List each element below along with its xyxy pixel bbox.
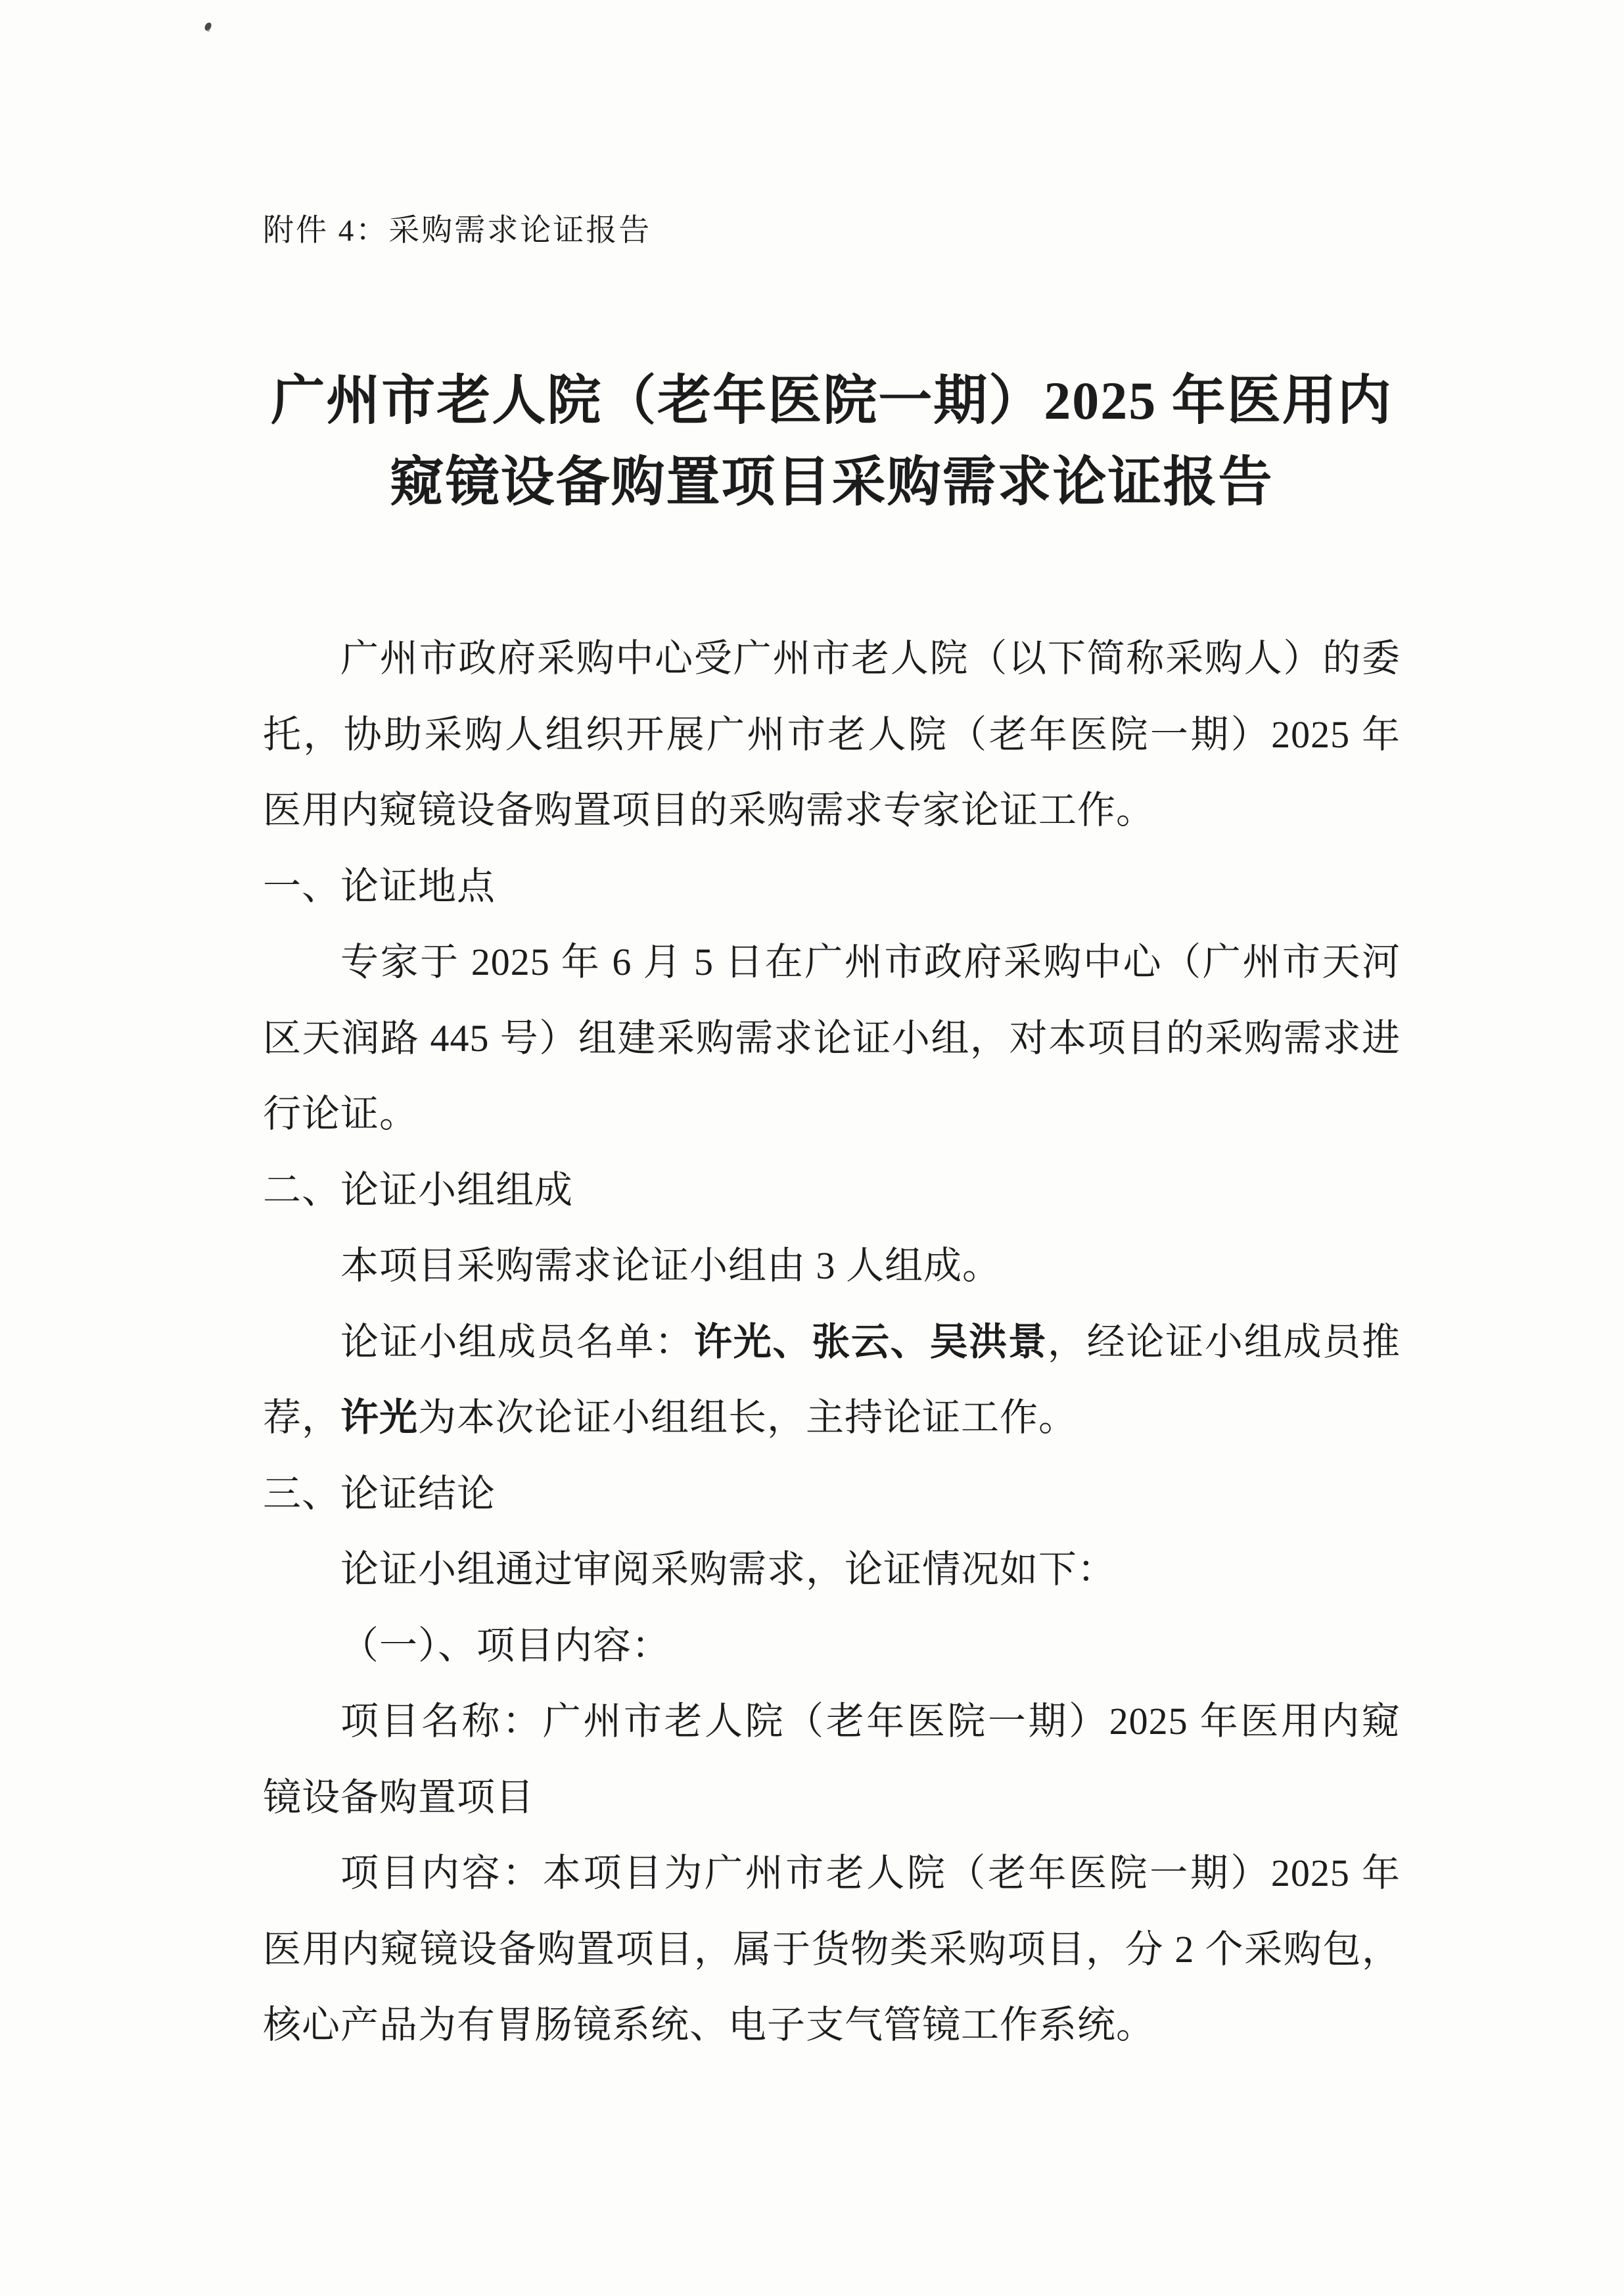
section2-heading: 二、论证小组组成	[263, 1152, 1401, 1229]
project-content-line-1: 项目内容：本项目为广州市老人院（老年医院一期）2025 年	[263, 1835, 1401, 1911]
scanned-document-page: 附件 4：采购需求论证报告 广州市老人院（老年医院一期）2025 年医用内 窥镜…	[0, 0, 1624, 2296]
section2-members-line-1: 论证小组成员名单：许光、张云、吴洪景，经论证小组成员推	[263, 1304, 1401, 1380]
section3-paragraph-1: 论证小组通过审阅采购需求，论证情况如下：	[263, 1532, 1401, 1608]
section1-line-3: 行论证。	[263, 1076, 1401, 1152]
project-content-line-2: 医用内窥镜设备购置项目，属于货物类采购项目，分 2 个采购包，	[263, 1911, 1401, 1988]
section2-members-line-2: 荐，许光为本次论证小组组长，主持论证工作。	[263, 1380, 1401, 1456]
section1-line-1: 专家于 2025 年 6 月 5 日在广州市政府采购中心（广州市天河	[263, 924, 1401, 1000]
project-name-line-1: 项目名称：广州市老人院（老年医院一期）2025 年医用内窥	[263, 1683, 1401, 1760]
group-leader-name: 许光	[340, 1396, 418, 1439]
section2-paragraph-1: 本项目采购需求论证小组由 3 人组成。	[263, 1228, 1401, 1304]
title-line-2: 窥镜设备购置项目采购需求论证报告	[263, 442, 1401, 523]
title-line-1: 广州市老人院（老年医院一期）2025 年医用内	[263, 360, 1401, 442]
intro-line-1: 广州市政府采购中心受广州市老人院（以下简称采购人）的委	[263, 621, 1401, 697]
section3-heading: 三、论证结论	[263, 1456, 1401, 1532]
section3-subheading-1: （一）、项目内容：	[263, 1608, 1401, 1684]
attachment-label: 附件 4：采购需求论证报告	[263, 208, 651, 254]
document-body: 广州市政府采购中心受广州市老人院（以下简称采购人）的委 托，协助采购人组织开展广…	[263, 621, 1401, 2063]
scan-artifact	[204, 22, 212, 32]
project-name-line-2: 镜设备购置项目	[263, 1760, 1401, 1836]
project-content-line-3: 核心产品为有胃肠镜系统、电子支气管镜工作系统。	[263, 1987, 1401, 2063]
document-title: 广州市老人院（老年医院一期）2025 年医用内 窥镜设备购置项目采购需求论证报告	[263, 360, 1401, 523]
intro-line-3: 医用内窥镜设备购置项目的采购需求专家论证工作。	[263, 772, 1401, 849]
section1-heading: 一、论证地点	[263, 849, 1401, 925]
members-line-2-head: 荐，	[263, 1396, 340, 1439]
member-names: 许光、张云、吴洪景	[694, 1321, 1048, 1363]
members-line-1-tail: ，经论证小组成员推	[1048, 1321, 1401, 1363]
members-label: 论证小组成员名单：	[340, 1321, 694, 1363]
members-line-2-tail: 为本次论证小组组长，主持论证工作。	[418, 1396, 1077, 1439]
intro-line-2: 托，协助采购人组织开展广州市老人院（老年医院一期）2025 年	[263, 697, 1401, 773]
section1-line-2: 区天润路 445 号）组建采购需求论证小组，对本项目的采购需求进	[263, 1000, 1401, 1077]
